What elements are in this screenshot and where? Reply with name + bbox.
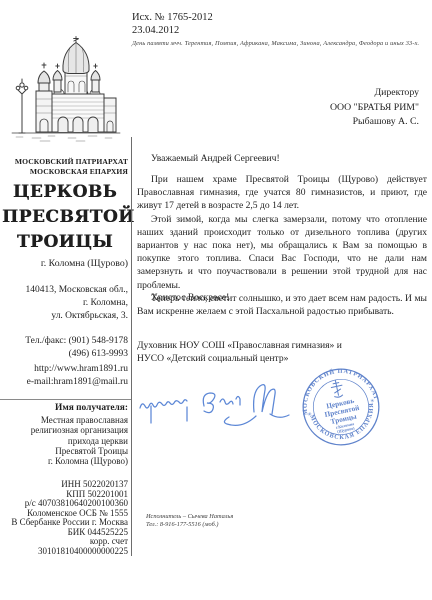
letter-paragraph: При нашем храме Пресвятой Троицы (Щурово… [137,173,427,213]
patriarchate-line: МОСКОВСКИЙ ПАТРИАРХАТ [2,157,128,167]
web-contacts: http://www.hram1891.ru e-mail:hram1891@m… [2,363,128,388]
payee-label: Имя получателя: [2,403,128,413]
letter-paragraph: Этой зимой, когда мы слегка замерзали, п… [137,213,427,292]
executor-line: Исполнитель – Сычева Наталья [146,513,233,521]
postal-address: 140413, Московская обл., г. Коломна, ул.… [2,284,128,323]
memorial-day-line: День памяти мчч. Терентия, Помпия, Африк… [132,40,419,47]
phone-fax-lines: Тел./факс: (901) 548-9178 (496) 613-9993 [2,335,128,361]
salutation: Уважаемый Андрей Сергеевич! [151,153,280,164]
bank-details-block: ИНН 5022020137 КПП 502201001 р/с 4070381… [2,480,128,556]
easter-greeting: Христос Воскресе! [151,292,229,303]
letter-date: 23.04.2012 [132,25,179,36]
payee-name-block: Местная православная религиозная организ… [2,415,128,466]
patriarchate-block: МОСКОВСКИЙ ПАТРИАРХАТ МОСКОВСКАЯ ЕПАРХИЯ [2,157,128,176]
outgoing-number: Исх. № 1765-2012 [132,12,213,23]
handwritten-signature [136,372,316,436]
recipient-block: Директору ООО "БРАТЬЯ РИМ" Рыбашову А. С… [330,86,419,130]
church-engraving-illustration [10,36,122,146]
website-text: http://www.hram1891.ru [2,363,128,376]
signer-title-block: Духовник НОУ СОШ «Православная гимназия»… [137,339,342,365]
email-text: e-mail:hram1891@mail.ru [2,376,128,389]
executor-footer: Исполнитель – Сычева Наталья Тел.: 8-916… [146,513,233,528]
eparchy-line: МОСКОВСКАЯ ЕПАРХИЯ [2,167,128,177]
scanned-letter-page: Исх. № 1765-2012 23.04.2012 День памяти … [0,0,432,600]
city-line: г. Коломна (Щурово) [2,258,128,269]
church-name: ЦЕРКОВЬ ПРЕСВЯТОЙ ТРОИЦЫ [2,180,128,255]
stamp-orthodox-cross-icon [330,379,345,398]
sidebar-vertical-divider [131,137,132,556]
executor-phone: Тел.: 8-916-177-5516 (моб.) [146,521,233,529]
sidebar-horizontal-rule [0,399,131,400]
